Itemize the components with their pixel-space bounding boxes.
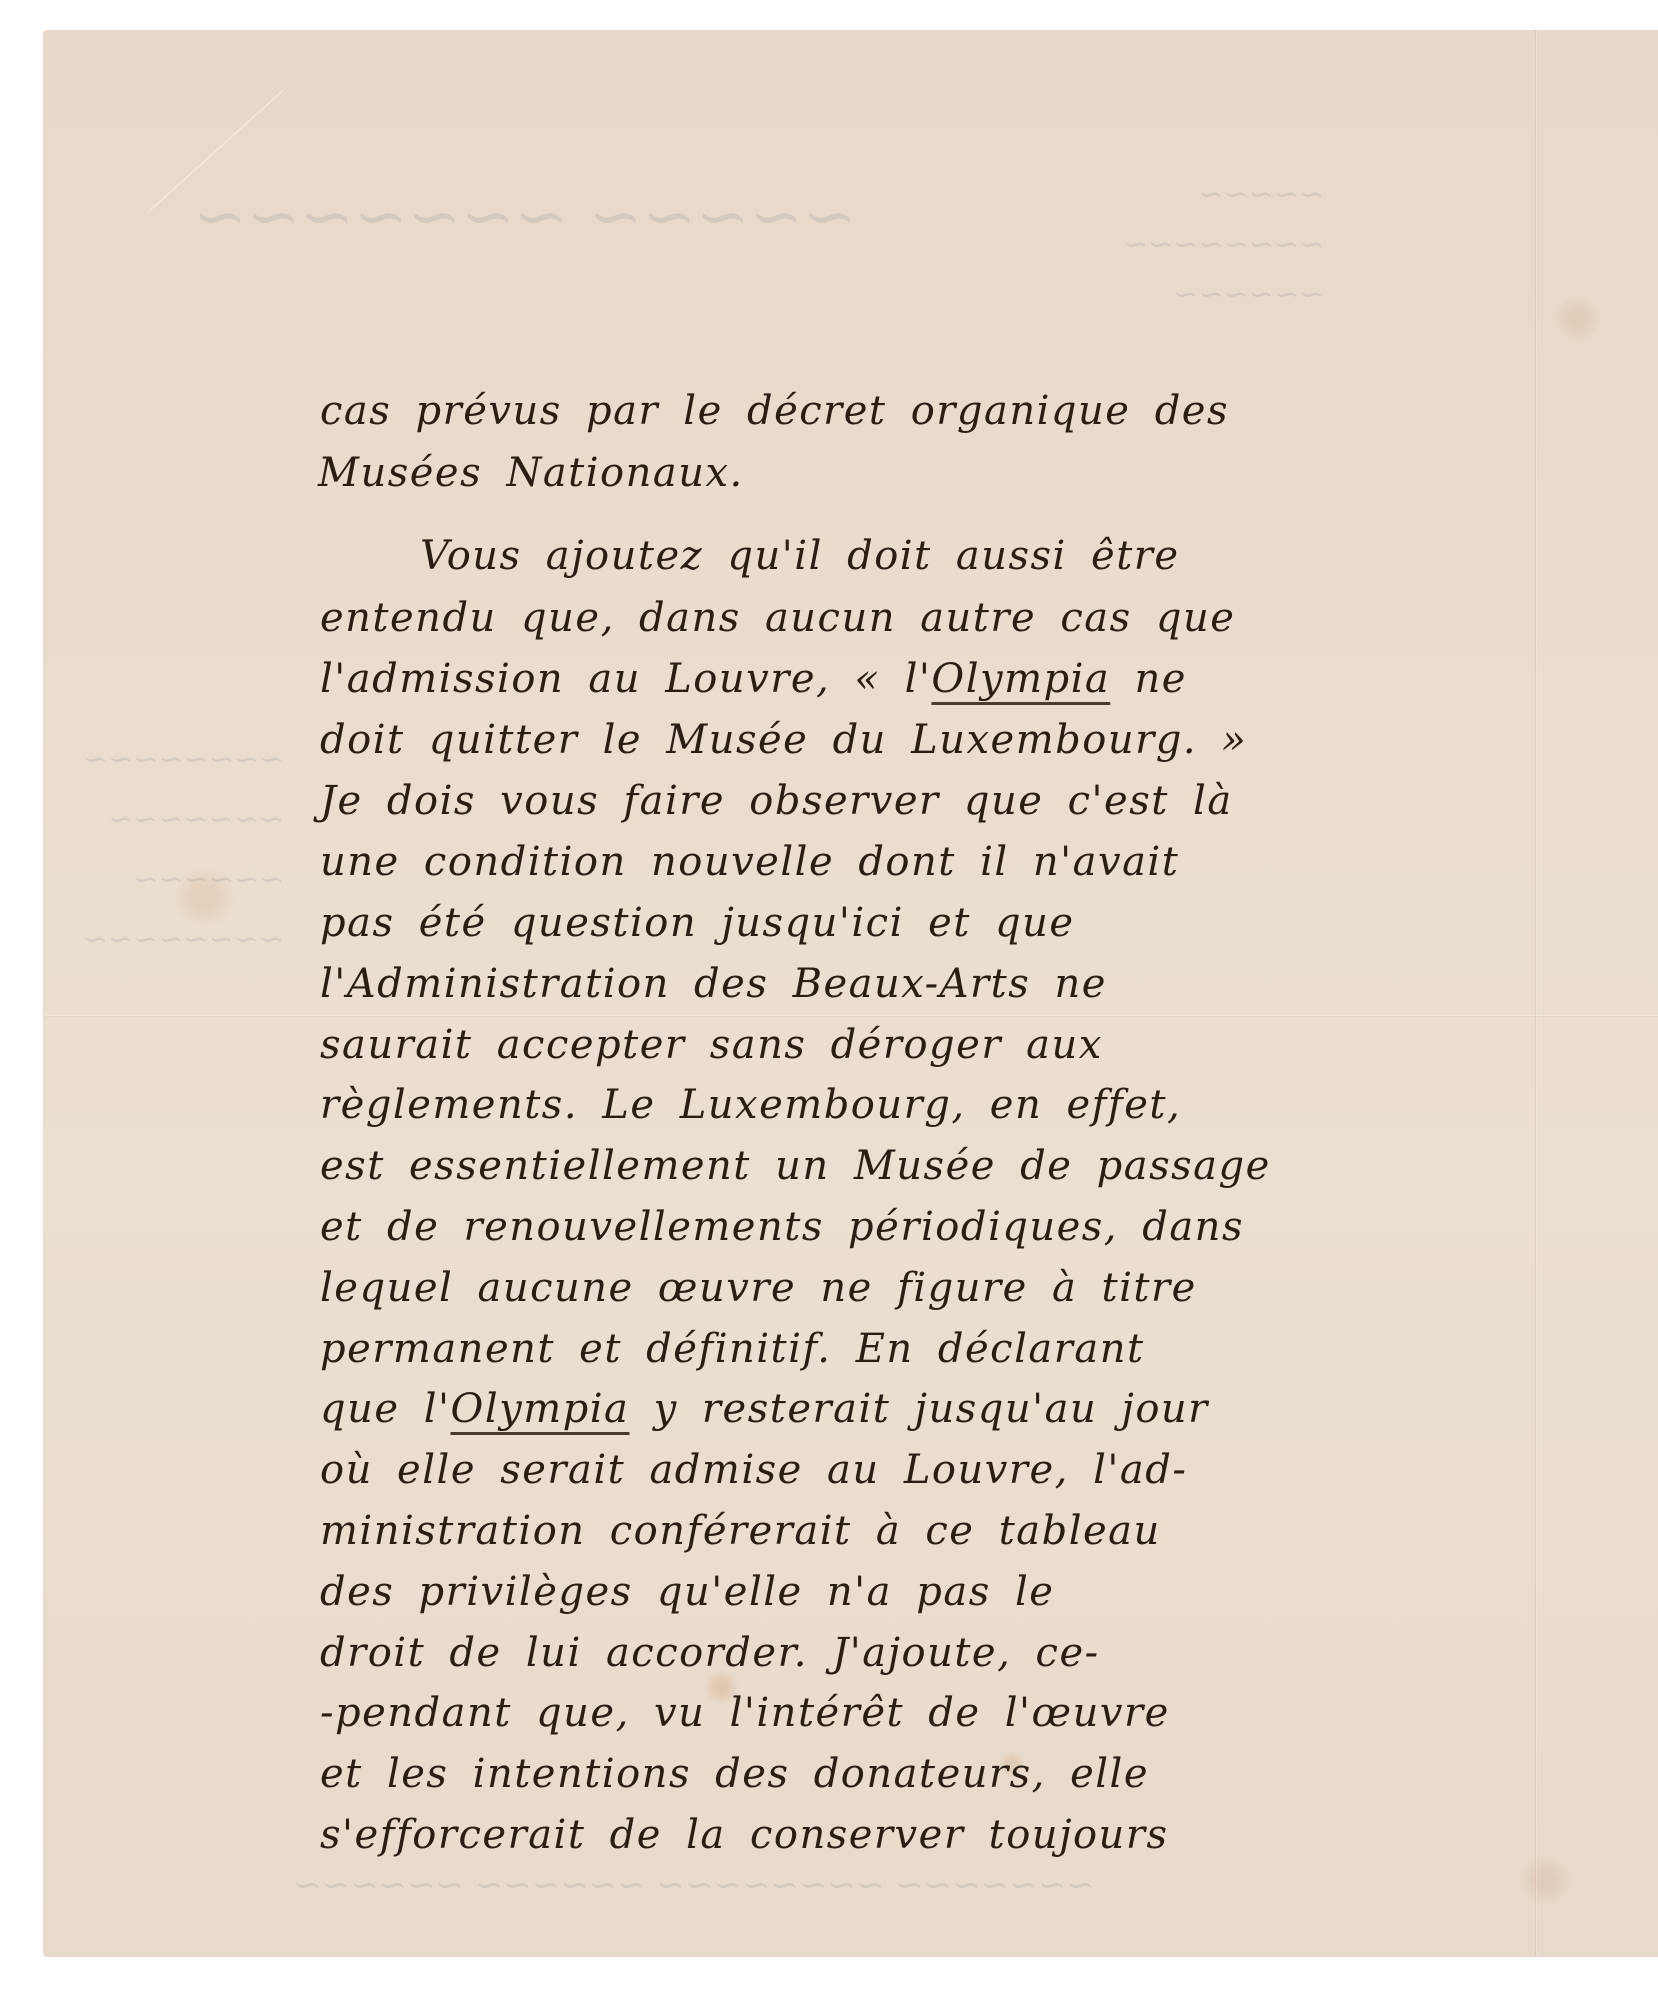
corner-fold-crease	[149, 90, 283, 211]
line-text: que l'	[320, 1386, 451, 1432]
letter-line: et les intentions des donateurs, elle	[320, 1751, 1149, 1797]
line-text: ne	[1110, 656, 1187, 702]
line-text: y resterait jusqu'au jour	[629, 1386, 1208, 1432]
letter-line: pas été question jusqu'ici et que	[320, 900, 1075, 946]
letter-line: Je dois vous faire observer que c'est là	[320, 778, 1233, 824]
letter-line: règlements. Le Luxembourg, en effet,	[320, 1082, 1181, 1128]
margin-bleed-through: ~~~~~~~~~~~~~~~~~~~~~~~~~~~~~	[83, 730, 284, 970]
letter-line: saurait accepter sans déroger aux	[320, 1022, 1103, 1068]
letter-line: s'efforcerait de la conserver toujours	[320, 1812, 1168, 1858]
letter-line: entendu que, dans aucun autre cas que	[320, 595, 1235, 641]
vertical-fold-crease	[1535, 30, 1537, 1957]
letter-line: et de renouvellements périodiques, dans	[320, 1204, 1244, 1250]
letter-line: ministration conférerait à ce tableau	[320, 1508, 1161, 1554]
letter-line: l'Administration des Beaux-Arts ne	[320, 961, 1107, 1007]
letter-line: une condition nouvelle dont il n'avait	[320, 839, 1179, 885]
letter-line: cas prévus par le décret organique des	[320, 388, 1229, 434]
letter-line: Vous ajoutez qu'il doit aussi être	[420, 533, 1180, 579]
letter-line: Musées Nationaux.	[318, 450, 744, 496]
letter-line-with-underline: que l'Olympia y resterait jusqu'au jour	[320, 1386, 1209, 1432]
letter-line: où elle serait admise au Louvre, l'ad-	[320, 1447, 1187, 1493]
letter-line: droit de lui accorder. J'ajoute, ce-	[320, 1630, 1100, 1676]
letter-body: cas prévus par le décret organique des M…	[320, 0, 1500, 2000]
letter-line: lequel aucune œuvre ne figure à titre	[320, 1265, 1197, 1311]
underlined-title-olympia: Olympia	[451, 1386, 630, 1432]
letter-line-with-underline: l'admission au Louvre, « l'Olympia ne	[320, 656, 1187, 702]
letter-line: -pendant que, vu l'intérêt de l'œuvre	[320, 1690, 1170, 1736]
letter-line: est essentiellement un Musée de passage	[320, 1143, 1271, 1189]
underlined-title-olympia: Olympia	[931, 656, 1110, 702]
letter-line: des privilèges qu'elle n'a pas le	[320, 1569, 1054, 1615]
letter-line: doit quitter le Musée du Luxembourg. »	[320, 717, 1247, 763]
line-text: l'admission au Louvre, « l'	[320, 656, 931, 702]
letter-line: permanent et définitif. En déclarant	[320, 1326, 1145, 1372]
